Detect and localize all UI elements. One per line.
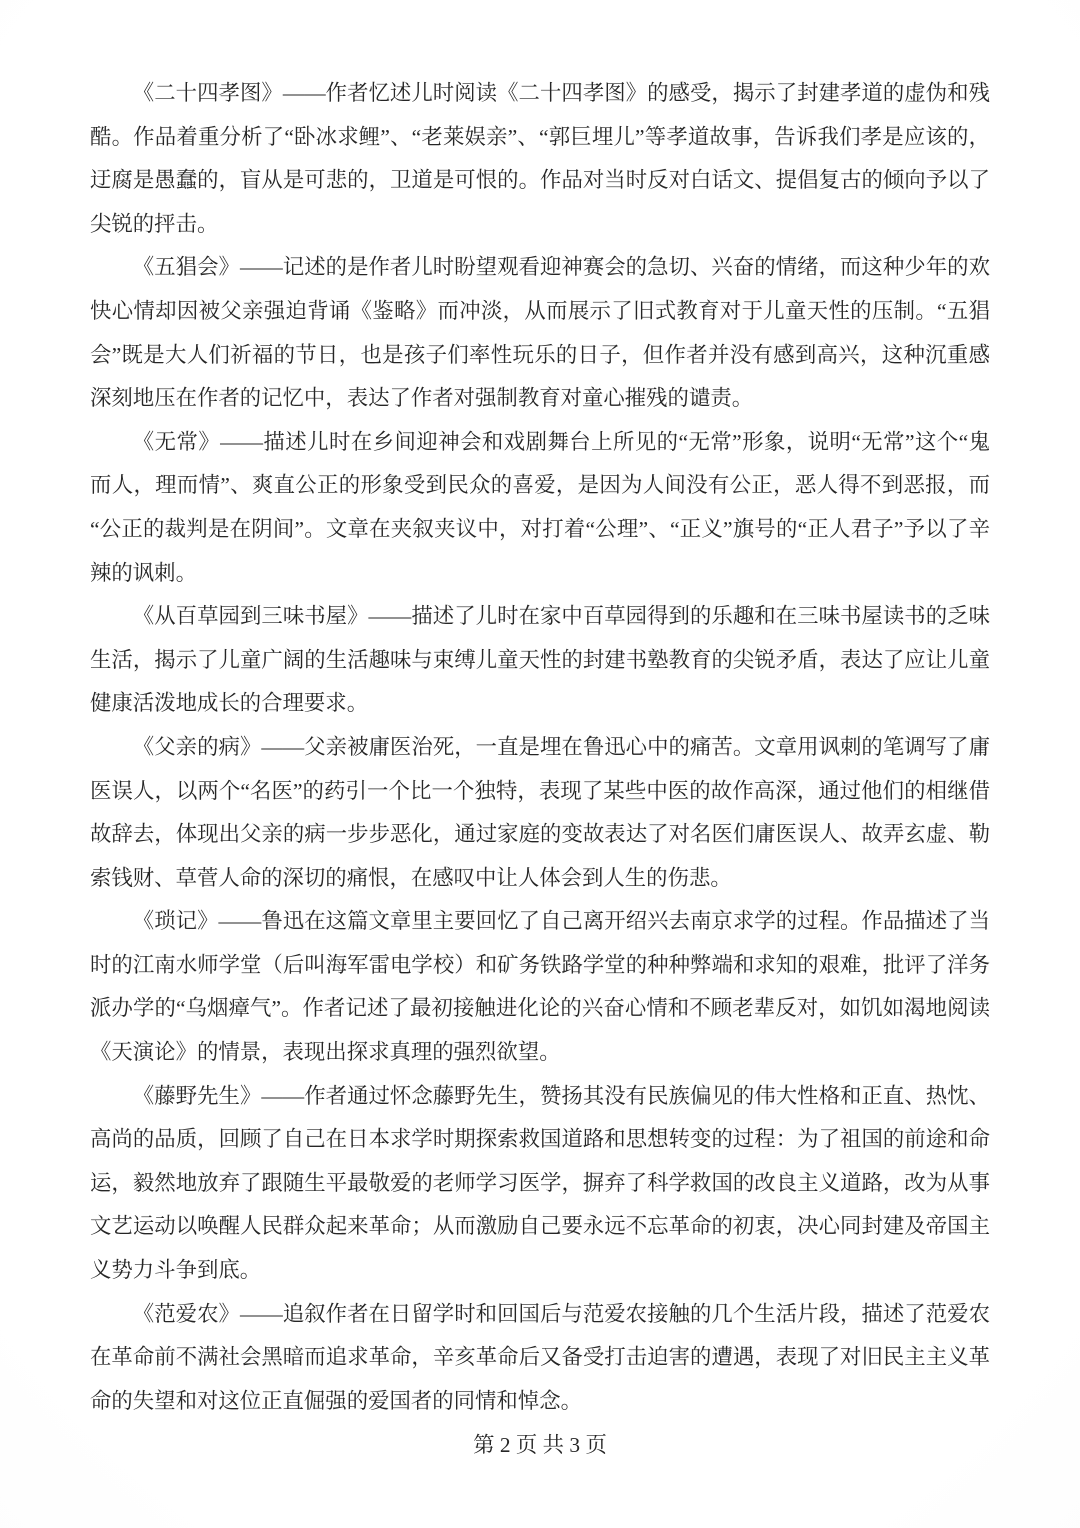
paragraph-baicaoyuan: 《从百草园到三味书屋》——描述了儿时在家中百草园得到的乐趣和在三味书屋读书的乏味… [90, 595, 990, 726]
document-page: 《二十四孝图》——作者忆述儿时阅读《二十四孝图》的感受，揭示了封建孝道的虚伪和残… [0, 0, 1080, 1528]
paragraph-tengyexiansheng: 《藤野先生》——作者通过怀念藤野先生，赞扬其没有民族偏见的伟大性格和正直、热忱、… [90, 1075, 990, 1293]
page-number-footer: 第 2 页 共 3 页 [0, 1424, 1080, 1468]
paragraph-wuchanghui: 《五猖会》——记述的是作者儿时盼望观看迎神赛会的急切、兴奋的情绪，而这种少年的欢… [90, 246, 990, 420]
document-body: 《二十四孝图》——作者忆述儿时阅读《二十四孝图》的感受，揭示了封建孝道的虚伪和残… [90, 72, 990, 1423]
paragraph-fuqindebing: 《父亲的病》——父亲被庸医治死，一直是埋在鲁迅心中的痛苦。文章用讽刺的笔调写了庸… [90, 726, 990, 900]
paragraph-ershisixiaotu: 《二十四孝图》——作者忆述儿时阅读《二十四孝图》的感受，揭示了封建孝道的虚伪和残… [90, 72, 990, 246]
paragraph-wuchang: 《无常》——描述儿时在乡间迎神会和戏剧舞台上所见的“无常”形象，说明“无常”这个… [90, 421, 990, 595]
paragraph-fanainong: 《范爱农》——追叙作者在日留学时和回国后与范爱农接触的几个生活片段，描述了范爱农… [90, 1293, 990, 1424]
paragraph-suoji: 《琐记》——鲁迅在这篇文章里主要回忆了自己离开绍兴去南京求学的过程。作品描述了当… [90, 900, 990, 1074]
